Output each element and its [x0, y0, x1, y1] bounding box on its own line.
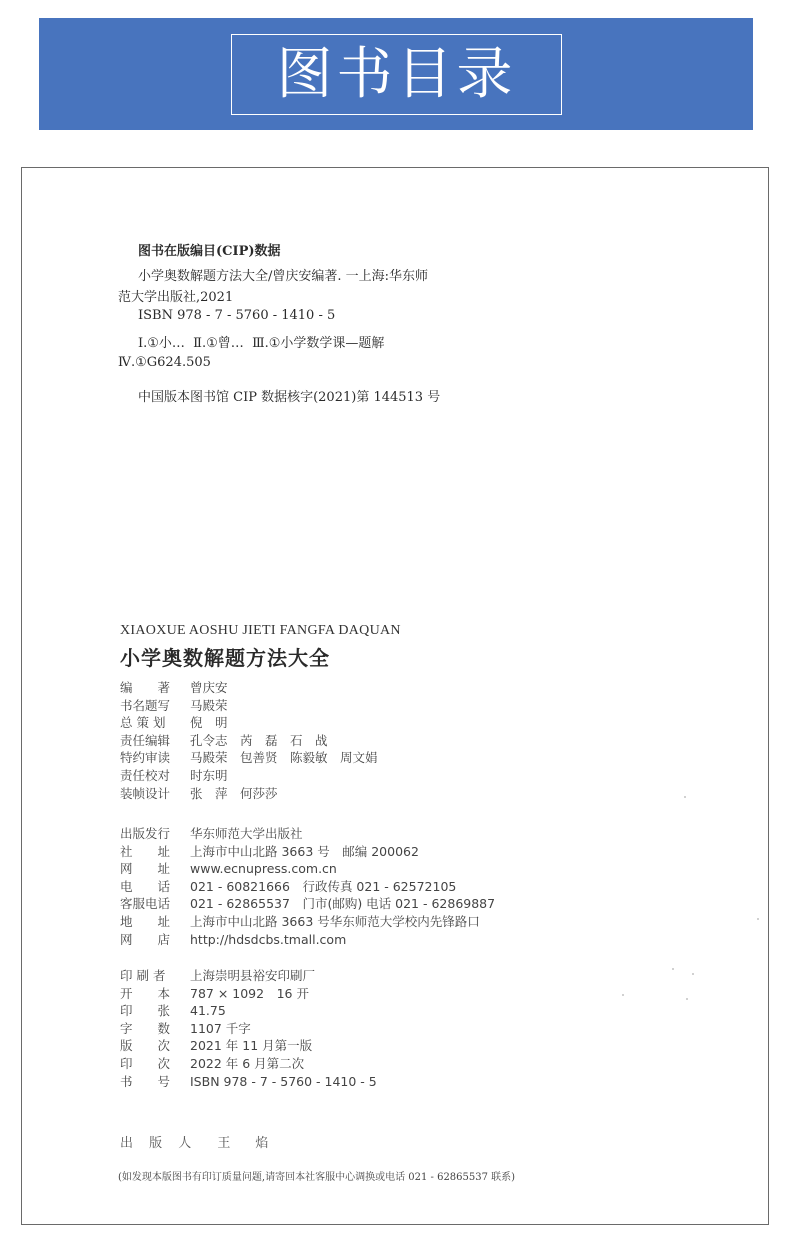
- print-row: 印 张41.75: [120, 1002, 377, 1020]
- publisher-person-name: 王 焰: [217, 1136, 274, 1151]
- publisher-website: www.ecnupress.com.cn: [190, 860, 337, 878]
- scan-speckle: [684, 796, 686, 798]
- print-value: 787 × 1092 16 开: [190, 985, 309, 1003]
- credit-value: 马殿荣: [190, 697, 228, 715]
- credit-label: 编 著: [120, 680, 170, 695]
- credit-row: 责任校对时东明: [120, 767, 378, 785]
- credit-label: 装帧设计: [120, 786, 170, 801]
- cip-line-1: 小学奥数解题方法大全/曾庆安编著. 一上海:华东师: [138, 268, 428, 286]
- credit-value: 倪 明: [190, 714, 228, 732]
- publisher-value: 上海市中山北路 3663 号 邮编 200062: [190, 843, 419, 861]
- print-label: 书 号: [120, 1074, 170, 1089]
- publisher-value: 华东师范大学出版社: [190, 825, 303, 843]
- credit-value: 张 萍 何莎莎: [190, 785, 278, 803]
- credits-list: 编 著曾庆安 书名题写马殿荣 总 策 划倪 明 责任编辑孔令志 芮 磊 石 战 …: [120, 679, 378, 802]
- publisher-row: 社 址上海市中山北路 3663 号 邮编 200062: [120, 843, 495, 861]
- banner-title: 图书目录: [277, 47, 517, 103]
- print-value: 2022 年 6 月第二次: [190, 1055, 304, 1073]
- publisher-label: 出版发行: [120, 826, 170, 841]
- publisher-row: 地 址上海市中山北路 3663 号华东师范大学校内先锋路口: [120, 913, 495, 931]
- credit-row: 装帧设计张 萍 何莎莎: [120, 785, 378, 803]
- publisher-label: 地 址: [120, 914, 170, 929]
- publisher-shop-url: http://hdsdcbs.tmall.com: [190, 931, 346, 949]
- cip-heading: 图书在版编目(CIP)数据: [138, 240, 281, 259]
- credit-value: 时东明: [190, 767, 228, 785]
- print-row: 印 刷 者上海崇明县裕安印刷厂: [120, 967, 377, 985]
- scan-speckle: [692, 973, 694, 975]
- credit-row: 书名题写马殿荣: [120, 697, 378, 715]
- publisher-row: 出版发行华东师范大学出版社: [120, 825, 495, 843]
- credit-row: 特约审读马殿荣 包善贤 陈毅敏 周文娟: [120, 749, 378, 767]
- print-value: 上海崇明县裕安印刷厂: [190, 967, 315, 985]
- credit-label: 总 策 划: [120, 715, 165, 730]
- publisher-row: 网 址www.ecnupress.com.cn: [120, 860, 495, 878]
- book-title-chinese: 小学奥数解题方法大全: [120, 642, 330, 671]
- scan-speckle: [757, 918, 759, 920]
- publisher-info-list: 出版发行华东师范大学出版社 社 址上海市中山北路 3663 号 邮编 20006…: [120, 825, 495, 948]
- print-info-list: 印 刷 者上海崇明县裕安印刷厂 开 本787 × 1092 16 开 印 张41…: [120, 967, 377, 1090]
- publisher-value: 021 - 60821666 行政传真 021 - 62572105: [190, 878, 456, 896]
- print-isbn: ISBN 978 - 7 - 5760 - 1410 - 5: [190, 1073, 377, 1091]
- publisher-label: 电 话: [120, 879, 170, 894]
- print-value: 2021 年 11 月第一版: [190, 1037, 312, 1055]
- print-row: 开 本787 × 1092 16 开: [120, 985, 377, 1003]
- cip-isbn: ISBN 978 - 7 - 5760 - 1410 - 5: [138, 307, 335, 325]
- credit-value: 曾庆安: [190, 679, 228, 697]
- credit-row: 责任编辑孔令志 芮 磊 石 战: [120, 732, 378, 750]
- print-label: 印 刷 者: [120, 968, 165, 983]
- credit-value: 孔令志 芮 磊 石 战: [190, 732, 328, 750]
- scan-speckle: [622, 994, 624, 996]
- credit-row: 编 著曾庆安: [120, 679, 378, 697]
- print-row: 字 数1107 千字: [120, 1020, 377, 1038]
- quality-notice: (如发现本版图书有印订质量问题,请寄回本社客服中心调换或电话 021 - 628…: [118, 1168, 515, 1183]
- publisher-value: 021 - 62865537 门市(邮购) 电话 021 - 62869887: [190, 895, 495, 913]
- print-value: 41.75: [190, 1002, 226, 1020]
- publisher-person-label: 出 版 人: [120, 1136, 197, 1151]
- credit-label: 特约审读: [120, 750, 170, 765]
- publisher-row: 客服电话021 - 62865537 门市(邮购) 电话 021 - 62869…: [120, 895, 495, 913]
- credit-row: 总 策 划倪 明: [120, 714, 378, 732]
- cip-record-number: 中国版本图书馆 CIP 数据核字(2021)第 144513 号: [138, 389, 440, 407]
- publisher-person: 出 版 人 王 焰: [120, 1132, 274, 1151]
- credit-label: 责任校对: [120, 768, 170, 783]
- header-banner: 图书目录: [39, 18, 753, 130]
- publisher-label: 网 店: [120, 932, 170, 947]
- print-row: 版 次2021 年 11 月第一版: [120, 1037, 377, 1055]
- book-title-pinyin: XIAOXUE AOSHU JIETI FANGFA DAQUAN: [120, 623, 401, 639]
- print-label: 字 数: [120, 1021, 170, 1036]
- publisher-label: 客服电话: [120, 896, 170, 911]
- print-label: 版 次: [120, 1038, 170, 1053]
- credit-value: 马殿荣 包善贤 陈毅敏 周文娟: [190, 749, 378, 767]
- credit-label: 书名题写: [120, 698, 170, 713]
- publisher-row: 网 店http://hdsdcbs.tmall.com: [120, 931, 495, 949]
- cip-classification: Ⅰ.①小… Ⅱ.①曾… Ⅲ.①小学数学课—题解: [138, 335, 384, 353]
- banner-title-frame: 图书目录: [231, 34, 562, 115]
- publisher-label: 网 址: [120, 861, 170, 876]
- print-value: 1107 千字: [190, 1020, 251, 1038]
- publisher-value: 上海市中山北路 3663 号华东师范大学校内先锋路口: [190, 913, 480, 931]
- cip-line-2: 范大学出版社,2021: [118, 289, 233, 307]
- scan-speckle: [686, 998, 688, 1000]
- print-row: 书 号ISBN 978 - 7 - 5760 - 1410 - 5: [120, 1073, 377, 1091]
- print-row: 印 次2022 年 6 月第二次: [120, 1055, 377, 1073]
- print-label: 印 次: [120, 1056, 170, 1071]
- cip-clc-number: Ⅳ.①G624.505: [118, 354, 211, 372]
- publisher-row: 电 话021 - 60821666 行政传真 021 - 62572105: [120, 878, 495, 896]
- copyright-page: 图书在版编目(CIP)数据 小学奥数解题方法大全/曾庆安编著. 一上海:华东师 …: [21, 167, 769, 1225]
- print-label: 开 本: [120, 986, 170, 1001]
- print-label: 印 张: [120, 1003, 170, 1018]
- credit-label: 责任编辑: [120, 733, 170, 748]
- publisher-label: 社 址: [120, 844, 170, 859]
- scan-speckle: [672, 968, 674, 970]
